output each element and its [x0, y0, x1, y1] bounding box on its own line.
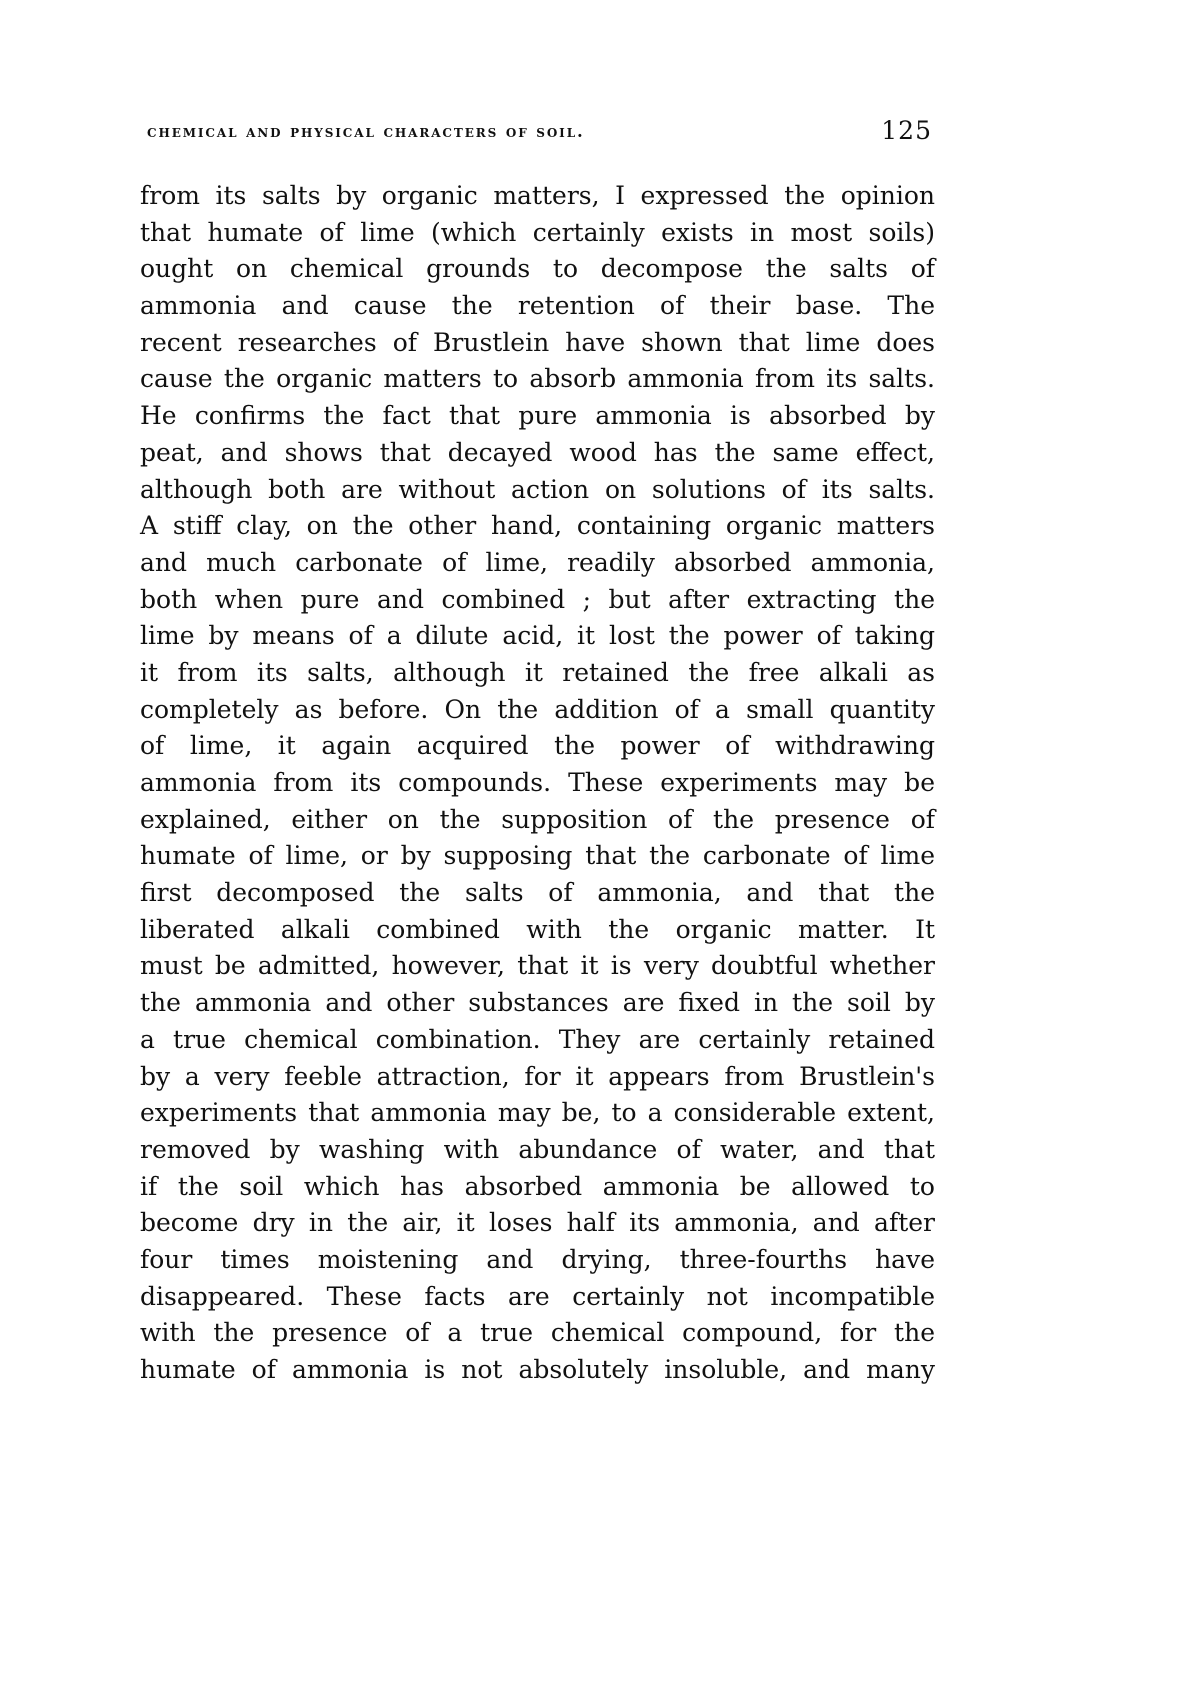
text-line: that humate of lime (which certainly exi…: [140, 215, 935, 252]
text-line: ammonia and cause the retention of their…: [140, 288, 935, 325]
text-line: four times moistening and drying, three-…: [140, 1242, 935, 1279]
text-line: peat, and shows that decayed wood has th…: [140, 435, 935, 472]
text-line: although both are without action on solu…: [140, 472, 935, 509]
text-line: if the soil which has absorbed ammonia b…: [140, 1169, 935, 1206]
text-line: liberated alkali combined with the organ…: [140, 912, 935, 949]
text-line: by a very feeble attraction, for it appe…: [140, 1059, 935, 1096]
text-line: humate of lime, or by supposing that the…: [140, 838, 935, 875]
text-line: disappeared. These facts are certainly n…: [140, 1279, 935, 1316]
text-line: experiments that ammonia may be, to a co…: [140, 1095, 935, 1132]
text-line: become dry in the air, it loses half its…: [140, 1205, 935, 1242]
text-line: the ammonia and other substances are fix…: [140, 985, 935, 1022]
text-line: He confirms the fact that pure ammonia i…: [140, 398, 935, 435]
text-line: ought on chemical grounds to decompose t…: [140, 251, 935, 288]
page-number: 125: [881, 116, 932, 145]
running-head: CHEMICAL AND PHYSICAL CHARACTERS OF SOIL…: [142, 118, 932, 148]
text-line: ammonia from its compounds. These experi…: [140, 765, 935, 802]
text-line: it from its salts, although it retained …: [140, 655, 935, 692]
text-line: explained, either on the supposition of …: [140, 802, 935, 839]
text-line: with the presence of a true chemical com…: [140, 1315, 935, 1352]
text-line: from its salts by organic matters, I exp…: [140, 178, 935, 215]
text-line: recent researches of Brustlein have show…: [140, 325, 935, 362]
text-line: of lime, it again acquired the power of …: [140, 728, 935, 765]
text-line: cause the organic matters to absorb ammo…: [140, 361, 935, 398]
text-line: A stiff clay, on the other hand, contain…: [140, 508, 935, 545]
book-page: CHEMICAL AND PHYSICAL CHARACTERS OF SOIL…: [0, 0, 1200, 1688]
text-line: both when pure and combined ; but after …: [140, 582, 935, 619]
text-line: completely as before. On the addition of…: [140, 692, 935, 729]
text-line: removed by washing with abundance of wat…: [140, 1132, 935, 1169]
text-line: must be admitted, however, that it is ve…: [140, 948, 935, 985]
text-line: a true chemical combination. They are ce…: [140, 1022, 935, 1059]
text-line: first decomposed the salts of ammonia, a…: [140, 875, 935, 912]
running-title: CHEMICAL AND PHYSICAL CHARACTERS OF SOIL…: [147, 122, 585, 141]
text-line: lime by means of a dilute acid, it lost …: [140, 618, 935, 655]
text-line: humate of ammonia is not absolutely inso…: [140, 1352, 935, 1389]
body-text: from its salts by organic matters, I exp…: [140, 178, 935, 1389]
text-line: and much carbonate of lime, readily abso…: [140, 545, 935, 582]
